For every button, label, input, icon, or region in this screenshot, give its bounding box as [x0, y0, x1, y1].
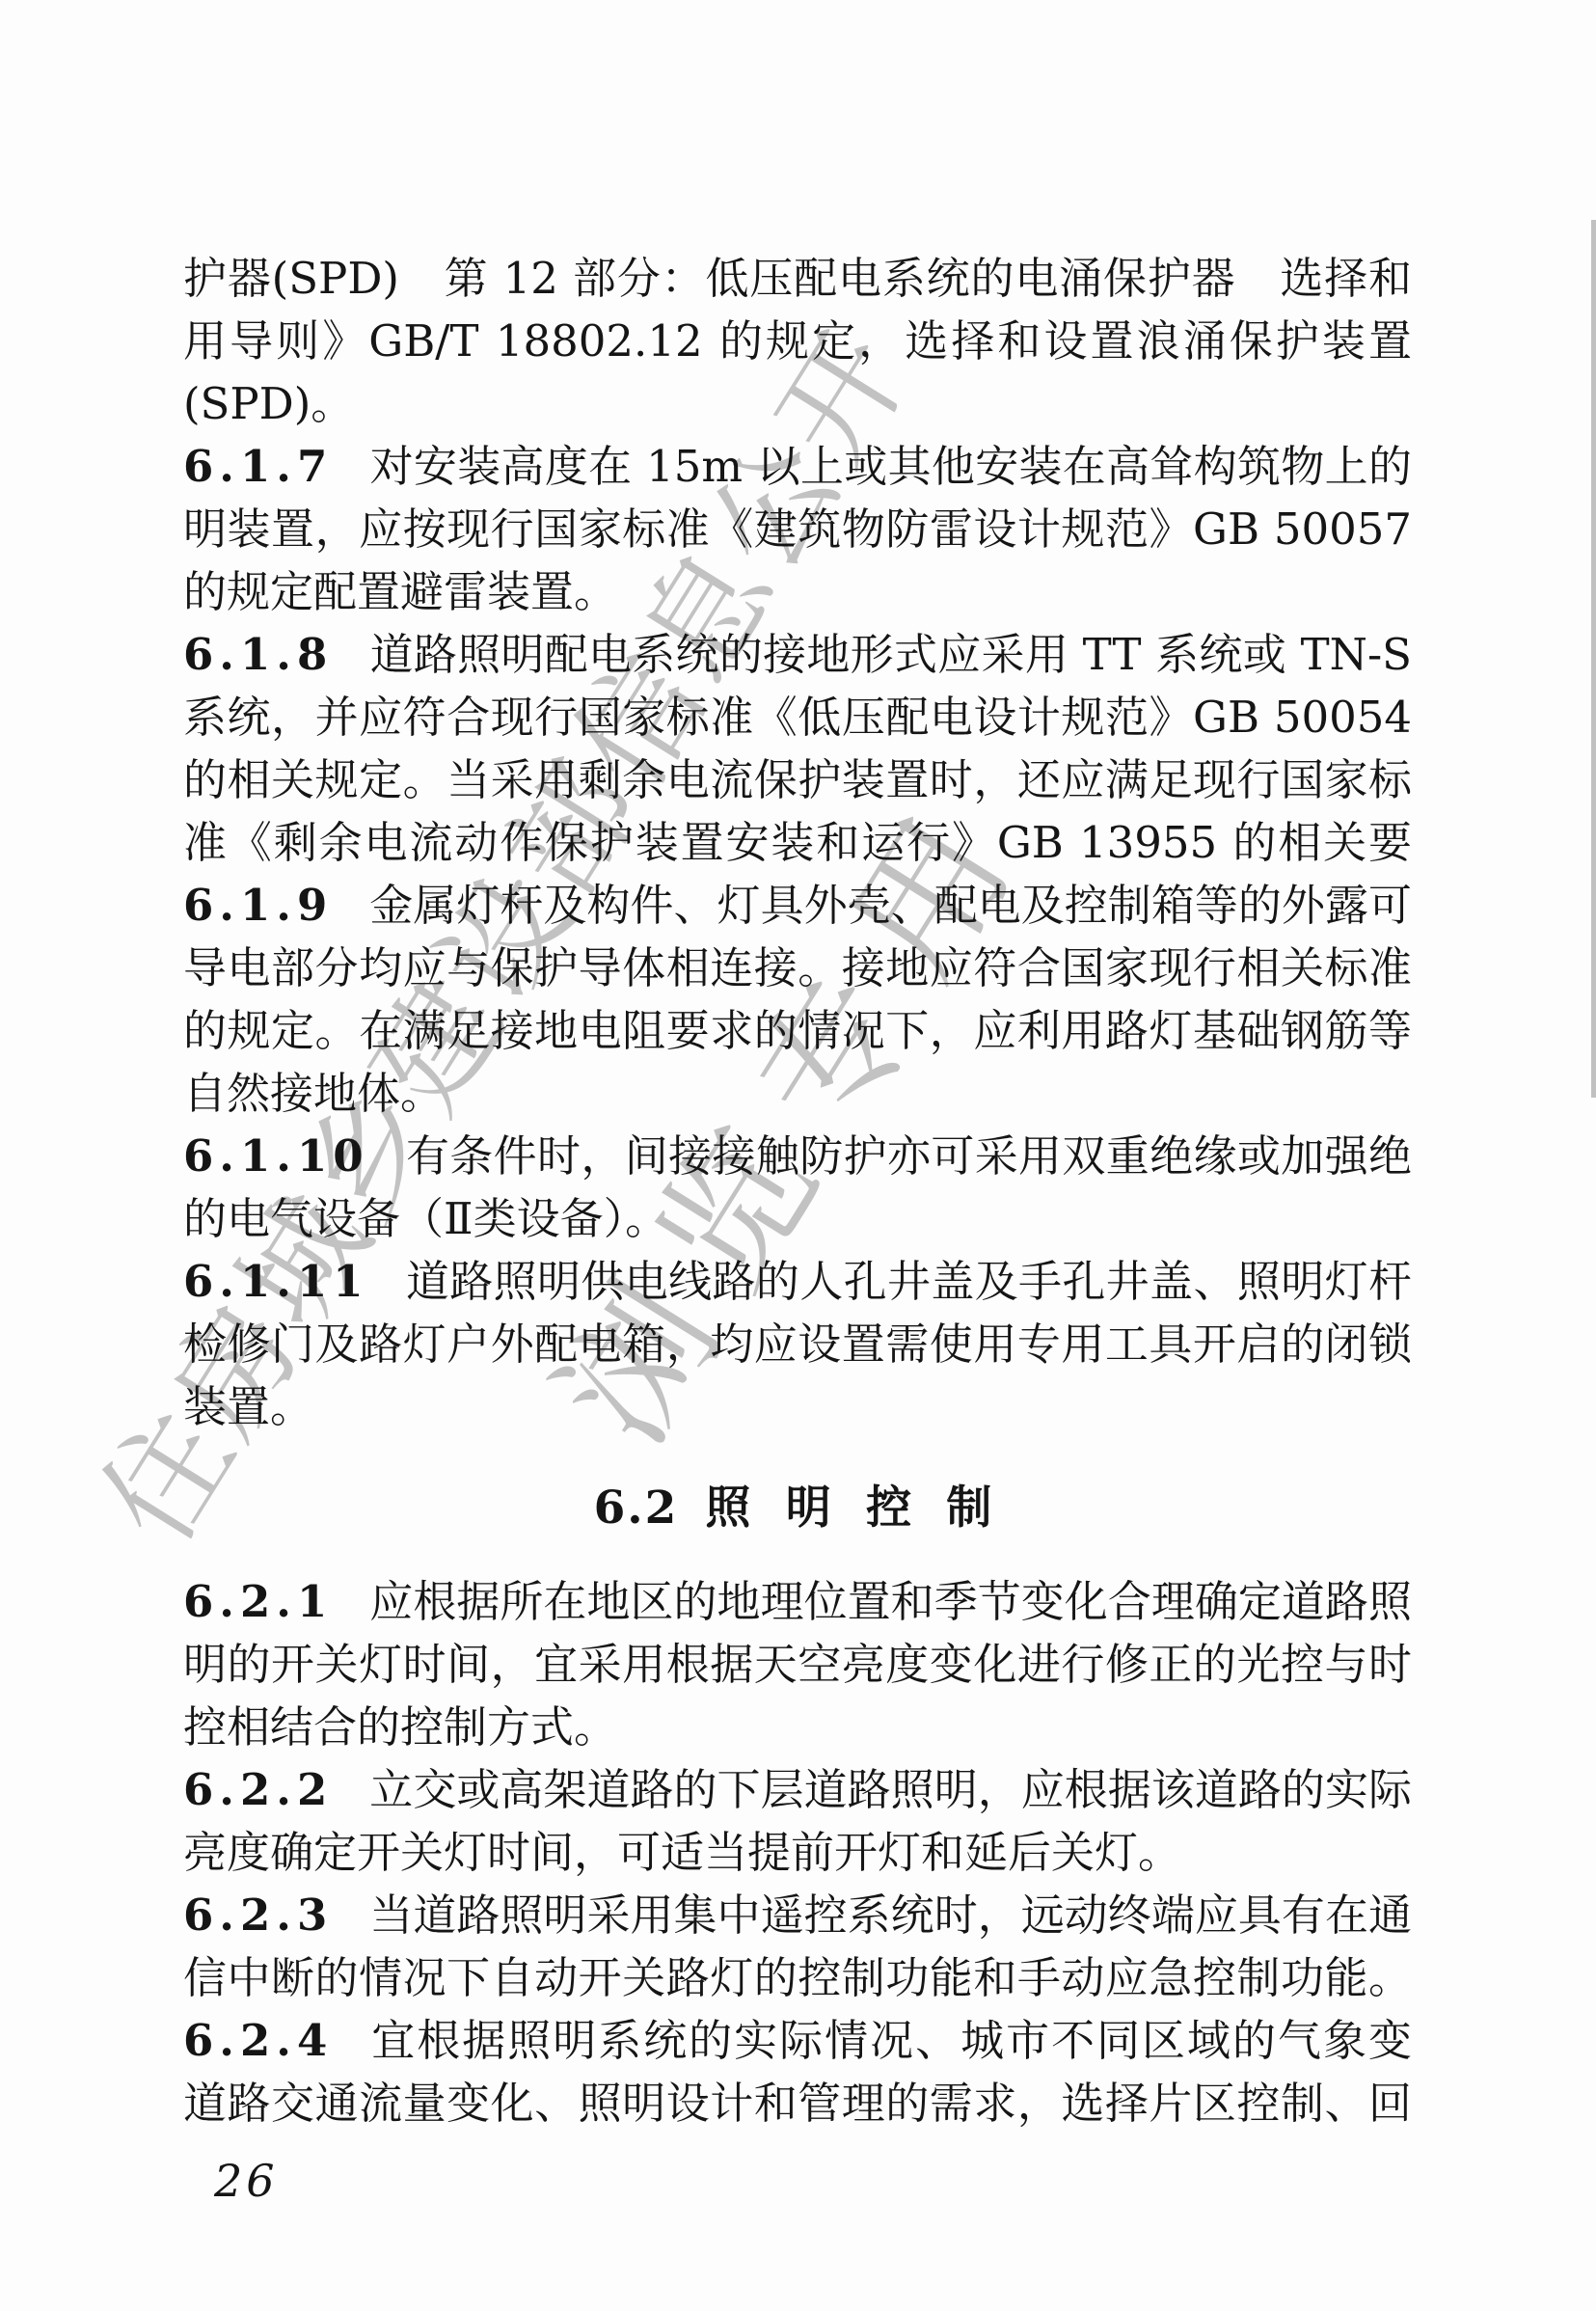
- section-number: 6.2.1: [183, 1576, 333, 1627]
- text-line: 自然接地体。: [183, 1062, 1412, 1125]
- line-text: 明的开关灯时间，宜采用根据天空亮度变化进行修正的光控与时: [183, 1639, 1412, 1690]
- content: 护器(SPD) 第 12 部分：低压配电系统的电涌保护器 选择和使用导则》GB/…: [183, 247, 1412, 2134]
- text-line: 装置。: [183, 1375, 1412, 1438]
- line-text: 对安装高度在 15m 以上或其他安装在高耸构筑物上的照: [183, 441, 1412, 498]
- section-number: 6.2.3: [183, 1890, 333, 1941]
- section-number: 6.1.9: [183, 880, 333, 931]
- text-line: 6.2.4宜根据照明系统的实际情况、城市不同区域的气象变化、: [183, 2009, 1412, 2072]
- text-line: 控相结合的控制方式。: [183, 1696, 1412, 1758]
- section-number: 6.1.8: [183, 629, 333, 680]
- text-line: 的相关规定。当采用剩余电流保护装置时，还应满足现行国家标: [183, 748, 1412, 811]
- line-text: 宜根据照明系统的实际情况、城市不同区域的气象变化、: [183, 2015, 1412, 2072]
- line-text: (SPD)。: [183, 378, 354, 429]
- section-number: 6.2.4: [183, 2015, 333, 2066]
- line-text: 装置。: [183, 1381, 313, 1432]
- text-line: 护器(SPD) 第 12 部分：低压配电系统的电涌保护器 选择和使: [183, 247, 1412, 310]
- text-line: 系统，并应符合现行国家标准《低压配电设计规范》GB 50054: [183, 686, 1412, 748]
- line-text: 道路交通流量变化、照明设计和管理的需求，选择片区控制、回: [183, 2078, 1412, 2129]
- line-text: 信中断的情况下自动开关路灯的控制功能和手动应急控制功能。: [183, 1952, 1412, 2003]
- line-text: 道路照明配电系统的接地形式应采用 TT 系统或 TN-S: [369, 629, 1412, 680]
- section-number: 6.2.2: [183, 1764, 333, 1815]
- text-line: 6.1.11道路照明供电线路的人孔井盖及手孔井盖、照明灯杆的: [183, 1250, 1412, 1313]
- text-line: 亮度确定开关灯时间，可适当提前开灯和延后关灯。: [183, 1821, 1412, 1884]
- line-text: 控相结合的控制方式。: [183, 1701, 617, 1753]
- document-page: 住房城乡建设部信息公开 浏览专用 护器(SPD) 第 12 部分：低压配电系统的…: [0, 0, 1596, 2311]
- section-number: 6.1.7: [183, 441, 333, 492]
- line-text: 检修门及路灯户外配电箱，均应设置需使用专用工具开启的闭锁: [183, 1319, 1412, 1370]
- text-line: 用导则》GB/T 18802.12 的规定，选择和设置浪涌保护装置: [183, 310, 1412, 372]
- line-text: 应根据所在地区的地理位置和季节变化合理确定道路照: [369, 1576, 1412, 1627]
- line-text: 准《剩余电流动作保护装置安装和运行》GB 13955 的相关要求。: [183, 817, 1412, 874]
- text-line: 6.1.7对安装高度在 15m 以上或其他安装在高耸构筑物上的照: [183, 435, 1412, 498]
- line-text: 护器(SPD) 第 12 部分：低压配电系统的电涌保护器 选择和使: [183, 253, 1412, 310]
- text-line: 的电气设备（Ⅱ类设备）。: [183, 1187, 1412, 1250]
- text-line: 的规定配置避雷装置。: [183, 560, 1412, 623]
- page-number: 26: [214, 2155, 279, 2207]
- section-number: 6.1.11: [183, 1256, 369, 1307]
- text-line: 准《剩余电流动作保护装置安装和运行》GB 13955 的相关要求。: [183, 811, 1412, 874]
- line-text: 自然接地体。: [183, 1068, 444, 1119]
- text-line: (SPD)。: [183, 372, 1412, 435]
- text-line: 6.2.1应根据所在地区的地理位置和季节变化合理确定道路照: [183, 1570, 1412, 1633]
- text-line: 明装置，应按现行国家标准《建筑物防雷设计规范》GB 50057: [183, 498, 1412, 560]
- line-text: 的规定配置避雷装置。: [183, 566, 617, 617]
- line-text: 明装置，应按现行国家标准《建筑物防雷设计规范》GB 50057: [183, 503, 1412, 555]
- line-text: 导电部分均应与保护导体相连接。接地应符合国家现行相关标准: [183, 942, 1412, 993]
- text-line: 的规定。在满足接地电阻要求的情况下，应利用路灯基础钢筋等: [183, 999, 1412, 1062]
- line-text: 的规定。在满足接地电阻要求的情况下，应利用路灯基础钢筋等: [183, 1005, 1412, 1056]
- text-line: 6.1.10有条件时，间接接触防护亦可采用双重绝缘或加强绝缘: [183, 1125, 1412, 1187]
- section-number: 6.2: [594, 1482, 679, 1535]
- text-line: 信中断的情况下自动开关路灯的控制功能和手动应急控制功能。: [183, 1946, 1412, 2009]
- line-text: 照 明 控 制: [705, 1482, 1001, 1535]
- line-text: 金属灯杆及构件、灯具外壳、配电及控制箱等的外露可: [369, 880, 1412, 931]
- text-line: 明的开关灯时间，宜采用根据天空亮度变化进行修正的光控与时: [183, 1633, 1412, 1696]
- line-text: 用导则》GB/T 18802.12 的规定，选择和设置浪涌保护装置: [183, 315, 1412, 367]
- text-line: 检修门及路灯户外配电箱，均应设置需使用专用工具开启的闭锁: [183, 1313, 1412, 1375]
- line-text: 系统，并应符合现行国家标准《低压配电设计规范》GB 50054: [183, 692, 1412, 743]
- scan-edge-artifact: [1591, 220, 1596, 1098]
- text-line: 导电部分均应与保护导体相连接。接地应符合国家现行相关标准: [183, 937, 1412, 999]
- text-line: 6.1.9金属灯杆及构件、灯具外壳、配电及控制箱等的外露可: [183, 874, 1412, 937]
- section-heading: 6.2照 明 控 制: [183, 1477, 1412, 1539]
- text-line: 6.1.8道路照明配电系统的接地形式应采用 TT 系统或 TN-S: [183, 623, 1412, 686]
- line-text: 立交或高架道路的下层道路照明，应根据该道路的实际: [369, 1764, 1412, 1815]
- text-line: 6.2.3当道路照明采用集中遥控系统时，远动终端应具有在通: [183, 1884, 1412, 1946]
- text-line: 6.2.2立交或高架道路的下层道路照明，应根据该道路的实际: [183, 1758, 1412, 1821]
- line-text: 的相关规定。当采用剩余电流保护装置时，还应满足现行国家标: [183, 754, 1412, 805]
- section-number: 6.1.10: [183, 1130, 369, 1182]
- line-text: 亮度确定开关灯时间，可适当提前开灯和延后关灯。: [183, 1827, 1181, 1878]
- line-text: 的电气设备（Ⅱ类设备）。: [183, 1193, 668, 1244]
- text-line: 道路交通流量变化、照明设计和管理的需求，选择片区控制、回: [183, 2072, 1412, 2134]
- line-text: 当道路照明采用集中遥控系统时，远动终端应具有在通: [369, 1890, 1412, 1941]
